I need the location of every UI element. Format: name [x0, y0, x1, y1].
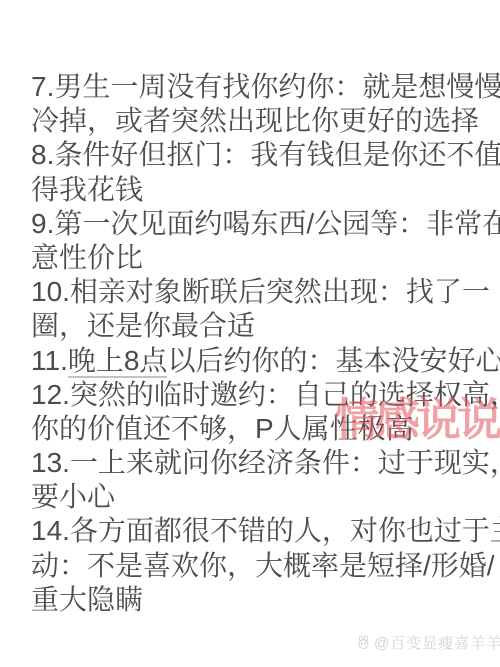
text-segment: 13.一上来就问你经济条件：过于现实，: [31, 447, 500, 478]
text-segment: 11.: [31, 345, 68, 376]
text-line: 你的价值还不够，P人属性极高: [31, 412, 490, 446]
text-line: 意性价比: [31, 241, 490, 275]
text-line: 14.各方面都很不错的人，对你也过于主: [31, 514, 490, 548]
text-segment: 得我花钱: [31, 174, 143, 205]
text-segment: 圈，还是你最合适: [31, 310, 255, 341]
text-line: 9.第一次见面约喝东西/公园等：非常在: [31, 207, 490, 241]
text-segment: 9.第一次见面约喝东西/公园等：非常在: [31, 208, 500, 239]
text-line: 10.相亲对象断联后突然出现：找了一: [31, 275, 490, 309]
text-segment: 冷掉，或者突然出现比你更好的选择: [31, 105, 479, 136]
text-line: 要小心: [31, 480, 490, 514]
text-segment: 10.相亲对象断联后突然出现：找了一: [31, 276, 490, 307]
screenshot-root: 7.男生一周没有找你约你：就是想慢慢冷掉，或者突然出现比你更好的选择8.条件好但…: [0, 0, 500, 667]
text-segment: 14.各方面都很不错的人，对你也过于主: [31, 515, 500, 546]
text-segment: 要小心: [31, 481, 115, 512]
text-line: 得我花钱: [31, 173, 490, 207]
text-segment: 动：不是喜欢你，大概率是短择/形婚/: [31, 550, 495, 581]
text-segment: 12.突然的临时邀约：自己的选择权高，: [31, 379, 500, 410]
text-line: 动：不是喜欢你，大概率是短择/形婚/: [31, 549, 490, 583]
text-content: 7.男生一周没有找你约你：就是想慢慢冷掉，或者突然出现比你更好的选择8.条件好但…: [31, 70, 490, 617]
bottom-watermark: @百变显瘦喜羊羊: [356, 632, 500, 653]
text-segment: 8.条件好但抠门：我有钱但是你还不值: [31, 139, 500, 170]
text-segment: 以后约你的：基本没安好心: [167, 345, 500, 376]
text-line: 重大隐瞒: [31, 583, 490, 617]
text-line: 8.条件好但抠门：我有钱但是你还不值: [31, 138, 490, 172]
text-line: 11.晚上8点以后约你的：基本没安好心: [31, 344, 490, 378]
text-line: 13.一上来就问你经济条件：过于现实，: [31, 446, 490, 480]
text-segment: 重大隐瞒: [31, 584, 143, 615]
text-line: 冷掉，或者突然出现比你更好的选择: [31, 104, 490, 138]
text-line: 圈，还是你最合适: [31, 309, 490, 343]
underlined-text: 晚上8点: [68, 345, 168, 378]
bottom-watermark-text: @百变显瘦喜羊羊: [374, 632, 500, 653]
text-line: 7.男生一周没有找你约你：就是想慢慢: [31, 70, 490, 104]
text-segment: 你的价值还不够，P人属性极高: [31, 413, 414, 444]
text-line: 12.突然的临时邀约：自己的选择权高，: [31, 378, 490, 412]
text-segment: 7.男生一周没有找你约你：就是想慢慢: [31, 71, 500, 102]
text-segment: 意性价比: [31, 242, 143, 273]
mascot-logo-icon: [356, 635, 371, 650]
